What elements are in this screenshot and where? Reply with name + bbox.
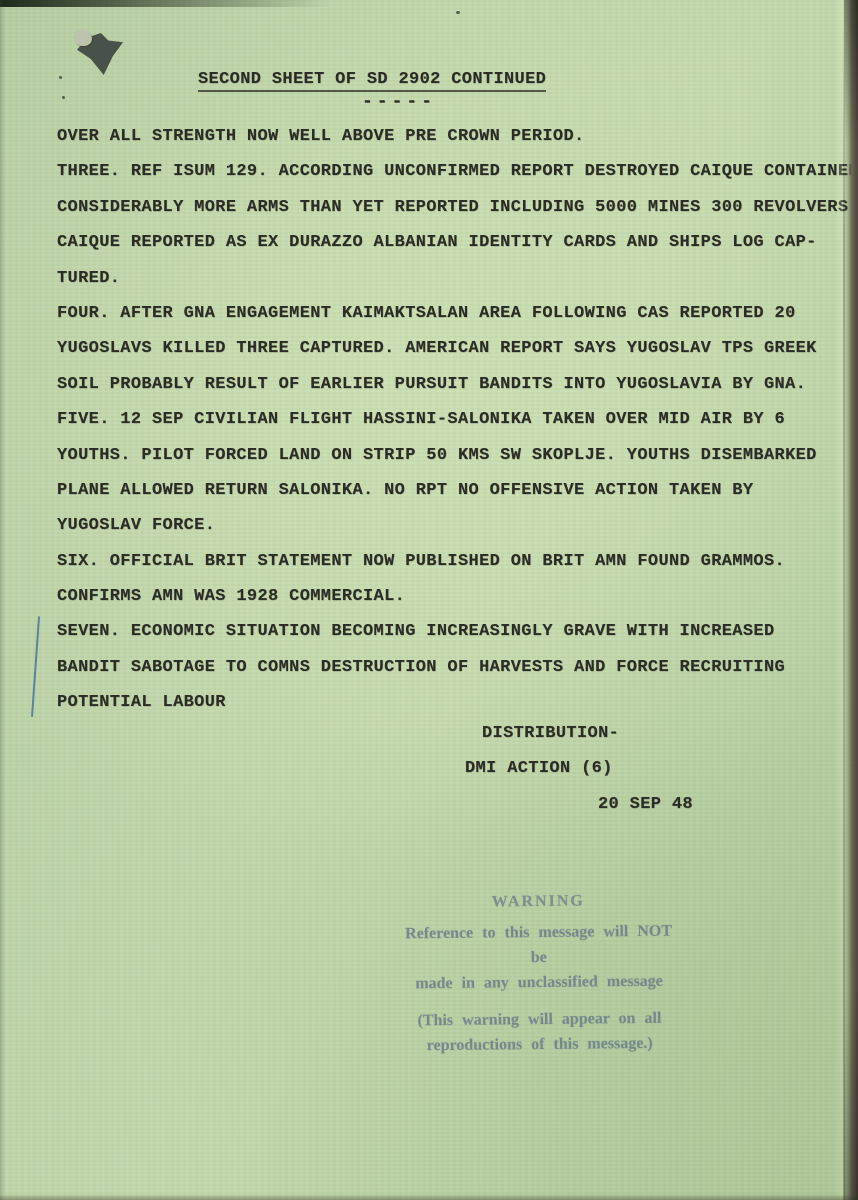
document-line: YUGOSLAVS KILLED THREE CAPTURED. AMERICA… <box>57 331 858 366</box>
top-page-edge <box>0 0 360 7</box>
title-underline-dashes: ----- <box>362 92 436 112</box>
document-line: FIVE. 12 SEP CIVILIAN FLIGHT HASSINI-SAL… <box>57 402 858 437</box>
document-line: FOUR. AFTER GNA ENGAGEMENT KAIMAKTSALAN … <box>57 296 858 331</box>
document-body: OVER ALL STRENGTH NOW WELL ABOVE PRE CRO… <box>57 119 858 721</box>
document-line: BANDIT SABOTAGE TO COMNS DESTRUCTION OF … <box>57 650 858 685</box>
torn-hole-flap <box>74 30 92 46</box>
ink-speck <box>456 11 460 14</box>
document-title-wrap: SECOND SHEET OF SD 2902 CONTINUED <box>198 70 546 92</box>
document-line: TURED. <box>57 261 858 296</box>
document-line: SOIL PROBABLY RESULT OF EARLIER PURSUIT … <box>57 367 858 402</box>
right-page-edge-shade <box>844 0 858 1200</box>
document-line: SIX. OFFICIAL BRIT STATEMENT NOW PUBLISH… <box>57 544 858 579</box>
document-line: POTENTIAL LABOUR <box>57 685 858 720</box>
document-line: CAIQUE REPORTED AS EX DURAZZO ALBANIAN I… <box>57 225 858 260</box>
left-page-edge <box>0 0 5 1200</box>
scanned-document-page: SECOND SHEET OF SD 2902 CONTINUED ----- … <box>0 0 858 1200</box>
distribution-label: DISTRIBUTION- <box>482 724 619 743</box>
distribution-action: DMI ACTION (6) <box>465 759 613 778</box>
document-line: OVER ALL STRENGTH NOW WELL ABOVE PRE CRO… <box>57 119 858 154</box>
document-line: CONFIRMS AMN WAS 1928 COMMERCIAL. <box>57 579 858 614</box>
document-date: 20 SEP 48 <box>598 795 693 814</box>
bottom-page-edge <box>0 1194 858 1200</box>
warning-stamp-line: reproductions of this message.) <box>397 1030 683 1058</box>
warning-stamp-line: made in any unclassified message <box>396 969 682 997</box>
document-line: SEVEN. ECONOMIC SITUATION BECOMING INCRE… <box>57 614 858 649</box>
margin-pen-mark <box>31 616 40 717</box>
ink-speck <box>59 76 62 79</box>
warning-stamp-title: WARNING <box>395 892 681 913</box>
warning-stamp-line: (This warning will appear on all <box>396 1006 682 1034</box>
document-line: CONSIDERABLY MORE ARMS THAN YET REPORTED… <box>57 190 858 225</box>
document-line: PLANE ALLOWED RETURN SALONIKA. NO RPT NO… <box>57 473 858 508</box>
warning-stamp: WARNING Reference to this message will N… <box>395 892 683 1059</box>
document-line: THREE. REF ISUM 129. ACCORDING UNCONFIRM… <box>57 154 858 189</box>
warning-stamp-line: Reference to this message will NOT be <box>395 919 682 972</box>
document-line: YUGOSLAV FORCE. <box>57 508 858 543</box>
document-line: YOUTHS. PILOT FORCED LAND ON STRIP 50 KM… <box>57 438 858 473</box>
ink-speck <box>62 96 65 99</box>
page-title: SECOND SHEET OF SD 2902 CONTINUED <box>198 70 546 92</box>
